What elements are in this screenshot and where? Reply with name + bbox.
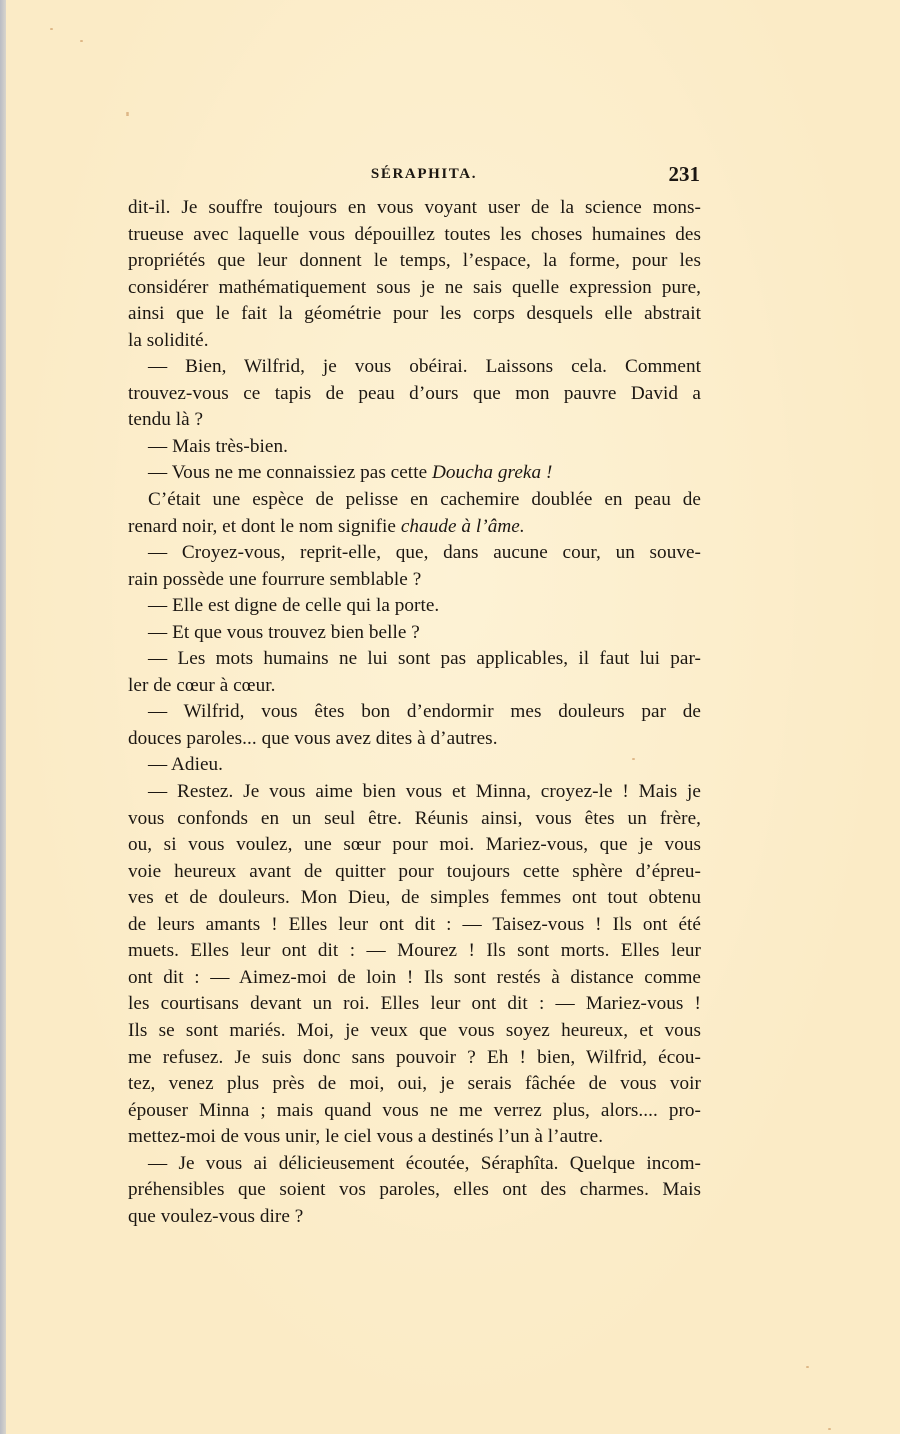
text-line: muets. Elles leur ont dit : — Mourez ! I… [128, 938, 701, 965]
text-line: C’était une espèce de pelisse en cachemi… [128, 487, 701, 514]
text-line: — Adieu. [128, 752, 701, 779]
paper-speck [806, 1366, 809, 1368]
text-line: la solidité. [128, 328, 701, 355]
text-line: Ils se sont mariés. Moi, je veux que vou… [128, 1018, 701, 1045]
text-line: vous confonds en un seul être. Réunis ai… [128, 806, 701, 833]
italic-phrase: chaude à l’âme. [401, 516, 525, 537]
paper-speck [50, 28, 53, 30]
text-line: trouvez-vous ce tapis de peau d’ours que… [128, 381, 701, 408]
paper-speck [828, 1428, 831, 1430]
text-segment: — Vous ne me connaissiez pas cette [148, 462, 432, 483]
text-line: — Elle est digne de celle qui la porte. [128, 593, 701, 620]
text-line: ont dit : — Aimez-moi de loin ! Ils sont… [128, 965, 701, 992]
text-line: rain possède une fourrure semblable ? [128, 567, 701, 594]
text-line: considérer mathématiquement sous je ne s… [128, 275, 701, 302]
text-line: mettez-moi de vous unir, le ciel vous a … [128, 1124, 701, 1151]
text-line: — Vous ne me connaissiez pas cette Douch… [128, 460, 701, 487]
text-line: tez, venez plus près de moi, oui, je ser… [128, 1071, 701, 1098]
text-line: que voulez-vous dire ? [128, 1204, 701, 1231]
text-line: dit-il. Je souffre toujours en vous voya… [128, 195, 701, 222]
text-line: tendu là ? [128, 407, 701, 434]
text-line: voie heureux avant de quitter pour toujo… [128, 859, 701, 886]
text-line: — Croyez-vous, reprit-elle, que, dans au… [128, 540, 701, 567]
text-line: ou, si vous voulez, une sœur pour moi. M… [128, 832, 701, 859]
paper-speck [80, 40, 83, 42]
text-line: trueuse avec laquelle vous dépouillez to… [128, 222, 701, 249]
text-line: ves et de douleurs. Mon Dieu, de simples… [128, 885, 701, 912]
text-segment: renard noir, et dont le nom signifie [128, 516, 401, 537]
running-header: SÉRAPHITA. 231 [128, 162, 700, 190]
text-line: — Restez. Je vous aime bien vous et Minn… [128, 779, 701, 806]
text-line: les courtisans devant un roi. Elles leur… [128, 991, 701, 1018]
text-line: — Mais très-bien. [128, 434, 701, 461]
text-line: — Wilfrid, vous êtes bon d’endormir mes … [128, 699, 701, 726]
text-line: propriétés que leur donnent le temps, l’… [128, 248, 701, 275]
paper-speck [126, 114, 129, 116]
text-line: douces paroles... que vous avez dites à … [128, 726, 701, 753]
text-line: — Les mots humains ne lui sont pas appli… [128, 646, 701, 673]
text-line: — Et que vous trouvez bien belle ? [128, 620, 701, 647]
text-line: — Bien, Wilfrid, je vous obéirai. Laisso… [128, 354, 701, 381]
running-title: SÉRAPHITA. [128, 166, 700, 183]
text-line: ler de cœur à cœur. [128, 673, 701, 700]
body-text: dit-il. Je souffre toujours en vous voya… [128, 195, 701, 1230]
text-line: — Je vous ai délicieusement écoutée, Sér… [128, 1151, 701, 1178]
text-line: de leurs amants ! Elles leur ont dit : —… [128, 912, 701, 939]
text-line: préhensibles que soient vos paroles, ell… [128, 1177, 701, 1204]
text-line: renard noir, et dont le nom signifie cha… [128, 514, 701, 541]
page-number: 231 [669, 162, 701, 187]
text-line: me refusez. Je suis donc sans pouvoir ? … [128, 1045, 701, 1072]
text-line: ainsi que le fait la géométrie pour les … [128, 301, 701, 328]
italic-phrase: Doucha greka ! [432, 462, 552, 483]
text-line: épouser Minna ; mais quand vous ne me ve… [128, 1098, 701, 1125]
